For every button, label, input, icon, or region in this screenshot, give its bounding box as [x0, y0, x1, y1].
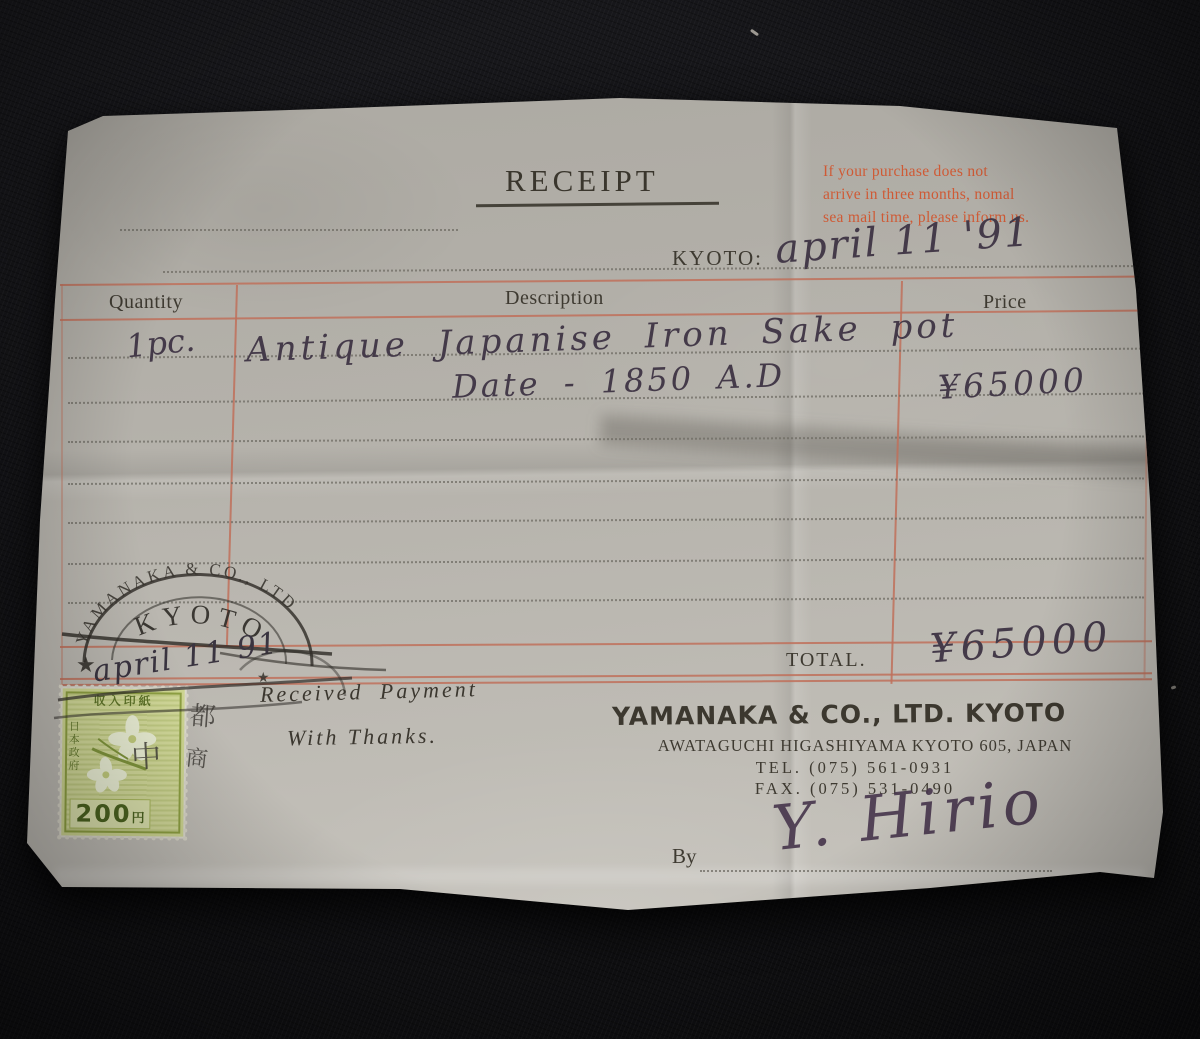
by-label: By: [672, 844, 697, 869]
receipt-title: RECEIPT: [505, 163, 659, 199]
table-left-border: [61, 284, 63, 684]
column-header-price: Price: [983, 291, 1027, 314]
total-label: TOTAL.: [786, 649, 867, 672]
column-header-quantity: Quantity: [109, 291, 183, 314]
company-name: YAMANAKA & CO., LTD. KYOTO: [612, 698, 1066, 731]
company-address: AWATAGUCHI HIGASHIYAMA KYOTO 605, JAPAN: [610, 736, 1120, 756]
date-ruled-line: [163, 265, 1153, 273]
cancellation-strike-line: [54, 702, 302, 718]
entry-price: ¥65000: [937, 360, 1089, 407]
receipt-paper-shadow: RECEIPT If your purchase does not arrive…: [0, 0, 1200, 1039]
table-top-border: [60, 275, 1152, 286]
total-value-handwritten: ¥65000: [929, 614, 1114, 673]
entry-quantity: 1pc.: [124, 321, 197, 366]
cancellation-arc: [240, 651, 345, 696]
title-underline: [476, 202, 719, 208]
notice-line: If your purchase does not: [823, 160, 1029, 183]
entry-description-line2: Date - 1850 A.D: [451, 356, 785, 406]
photo-scene: RECEIPT If your purchase does not arrive…: [0, 0, 1200, 1039]
receipt-paper: RECEIPT If your purchase does not arrive…: [0, 0, 1200, 1039]
cancellation-kanji: 商: [184, 741, 209, 774]
column-header-description: Description: [505, 287, 604, 310]
signature-ruled-line: [700, 870, 1052, 872]
cancellation-kanji: 中: [130, 731, 162, 777]
handwritten-date: april 11 '91: [774, 209, 1033, 273]
blank-ruled-line: [120, 229, 458, 231]
notice-line: arrive in three months, nomal: [823, 183, 1029, 206]
cancellation-kanji: 都: [189, 695, 218, 734]
